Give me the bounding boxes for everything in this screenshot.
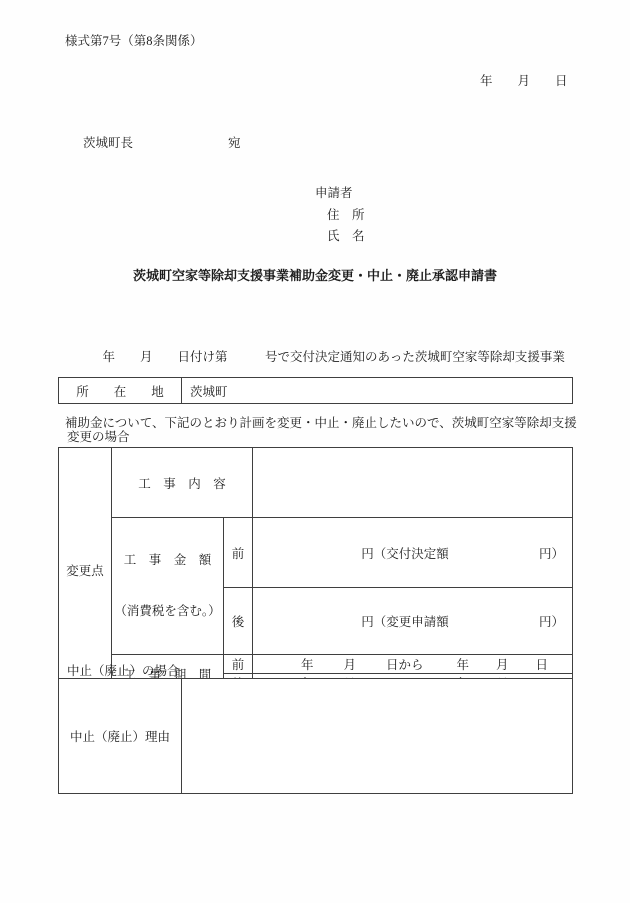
period-month-label: 月 [496,655,509,673]
period-year-label: 年 [457,655,470,673]
location-table: 所 在 地 茨城町 [58,377,573,404]
amount-after-tag-cell: 後 [224,588,253,655]
cancel-section-heading: 中止（廃止）の場合 [67,661,180,679]
fill-space [253,621,361,622]
addressee: 茨城町長 [83,133,133,151]
work-amount-label-cell: 工 事 金 額 （消費税を含む。） [112,518,224,655]
fill-space [548,664,572,665]
period-day-label: 日 [536,655,549,673]
work-content-value-cell [253,448,573,518]
location-label-cell: 所 在 地 [59,378,182,404]
amount-closing-text: 円） [539,612,564,630]
fill-space [253,664,301,665]
fill-space [449,552,539,553]
fill-space [469,664,496,665]
work-amount-label-line2: （消費税を含む。） [112,603,223,620]
addressee-suffix: 宛 [228,133,241,151]
amount-before-text: 円（交付決定額 [361,544,449,562]
work-content-label-cell: 工 事 内 容 [112,448,253,518]
fill-space [356,664,386,665]
fill-space [424,664,457,665]
paragraph-line: 補助金について、下記のとおり計画を変更・中止・廃止したいので、茨城町空家等除却支… [65,412,577,434]
cancel-reason-label-cell: 中止（廃止）理由 [59,679,182,794]
date-field: 年 月 日 [480,71,568,89]
period-before-tag-cell: 前 [224,655,253,674]
cancel-reason-value-cell [182,679,573,794]
amount-before-tag-cell: 前 [224,518,253,588]
applicant-label: 申請者 [315,183,353,201]
change-section-heading: 変更の場合 [67,427,130,445]
work-amount-label-line1: 工 事 金 額 [112,552,223,569]
period-dayfrom-label: 日から [386,655,424,673]
amount-after-cell: 円（変更申請額 円） [253,588,573,655]
fill-space [253,552,361,553]
applicant-address-label: 住 所 [327,205,365,223]
amount-before-cell: 円（交付決定額 円） [253,518,573,588]
cancel-table: 中止（廃止）理由 [58,678,573,794]
change-point-cell: 変更点 [59,448,112,693]
fill-space [509,664,536,665]
fill-space [449,621,539,622]
location-value-cell: 茨城町 [182,378,573,404]
amount-closing-text: 円） [539,544,564,562]
amount-after-text: 円（変更申請額 [361,612,449,630]
applicant-name-label: 氏 名 [327,226,365,244]
form-number: 様式第7号（第8条関係） [65,31,203,49]
document-page: 様式第7号（第8条関係） 年 月 日 茨城町長 宛 申請者 住 所 氏 名 茨城… [0,0,630,903]
period-year-label: 年 [301,655,314,673]
document-title: 茨城町空家等除却支援事業補助金変更・中止・廃止承認申請書 [0,265,630,284]
fill-space [314,664,344,665]
period-month-label: 月 [344,655,357,673]
paragraph-line: 年 月 日付け第 号で交付決定通知のあった茨城町空家等除却支援事業 [65,346,577,368]
period-before-cell: 年 月 日から 年 月 日 [253,655,573,674]
